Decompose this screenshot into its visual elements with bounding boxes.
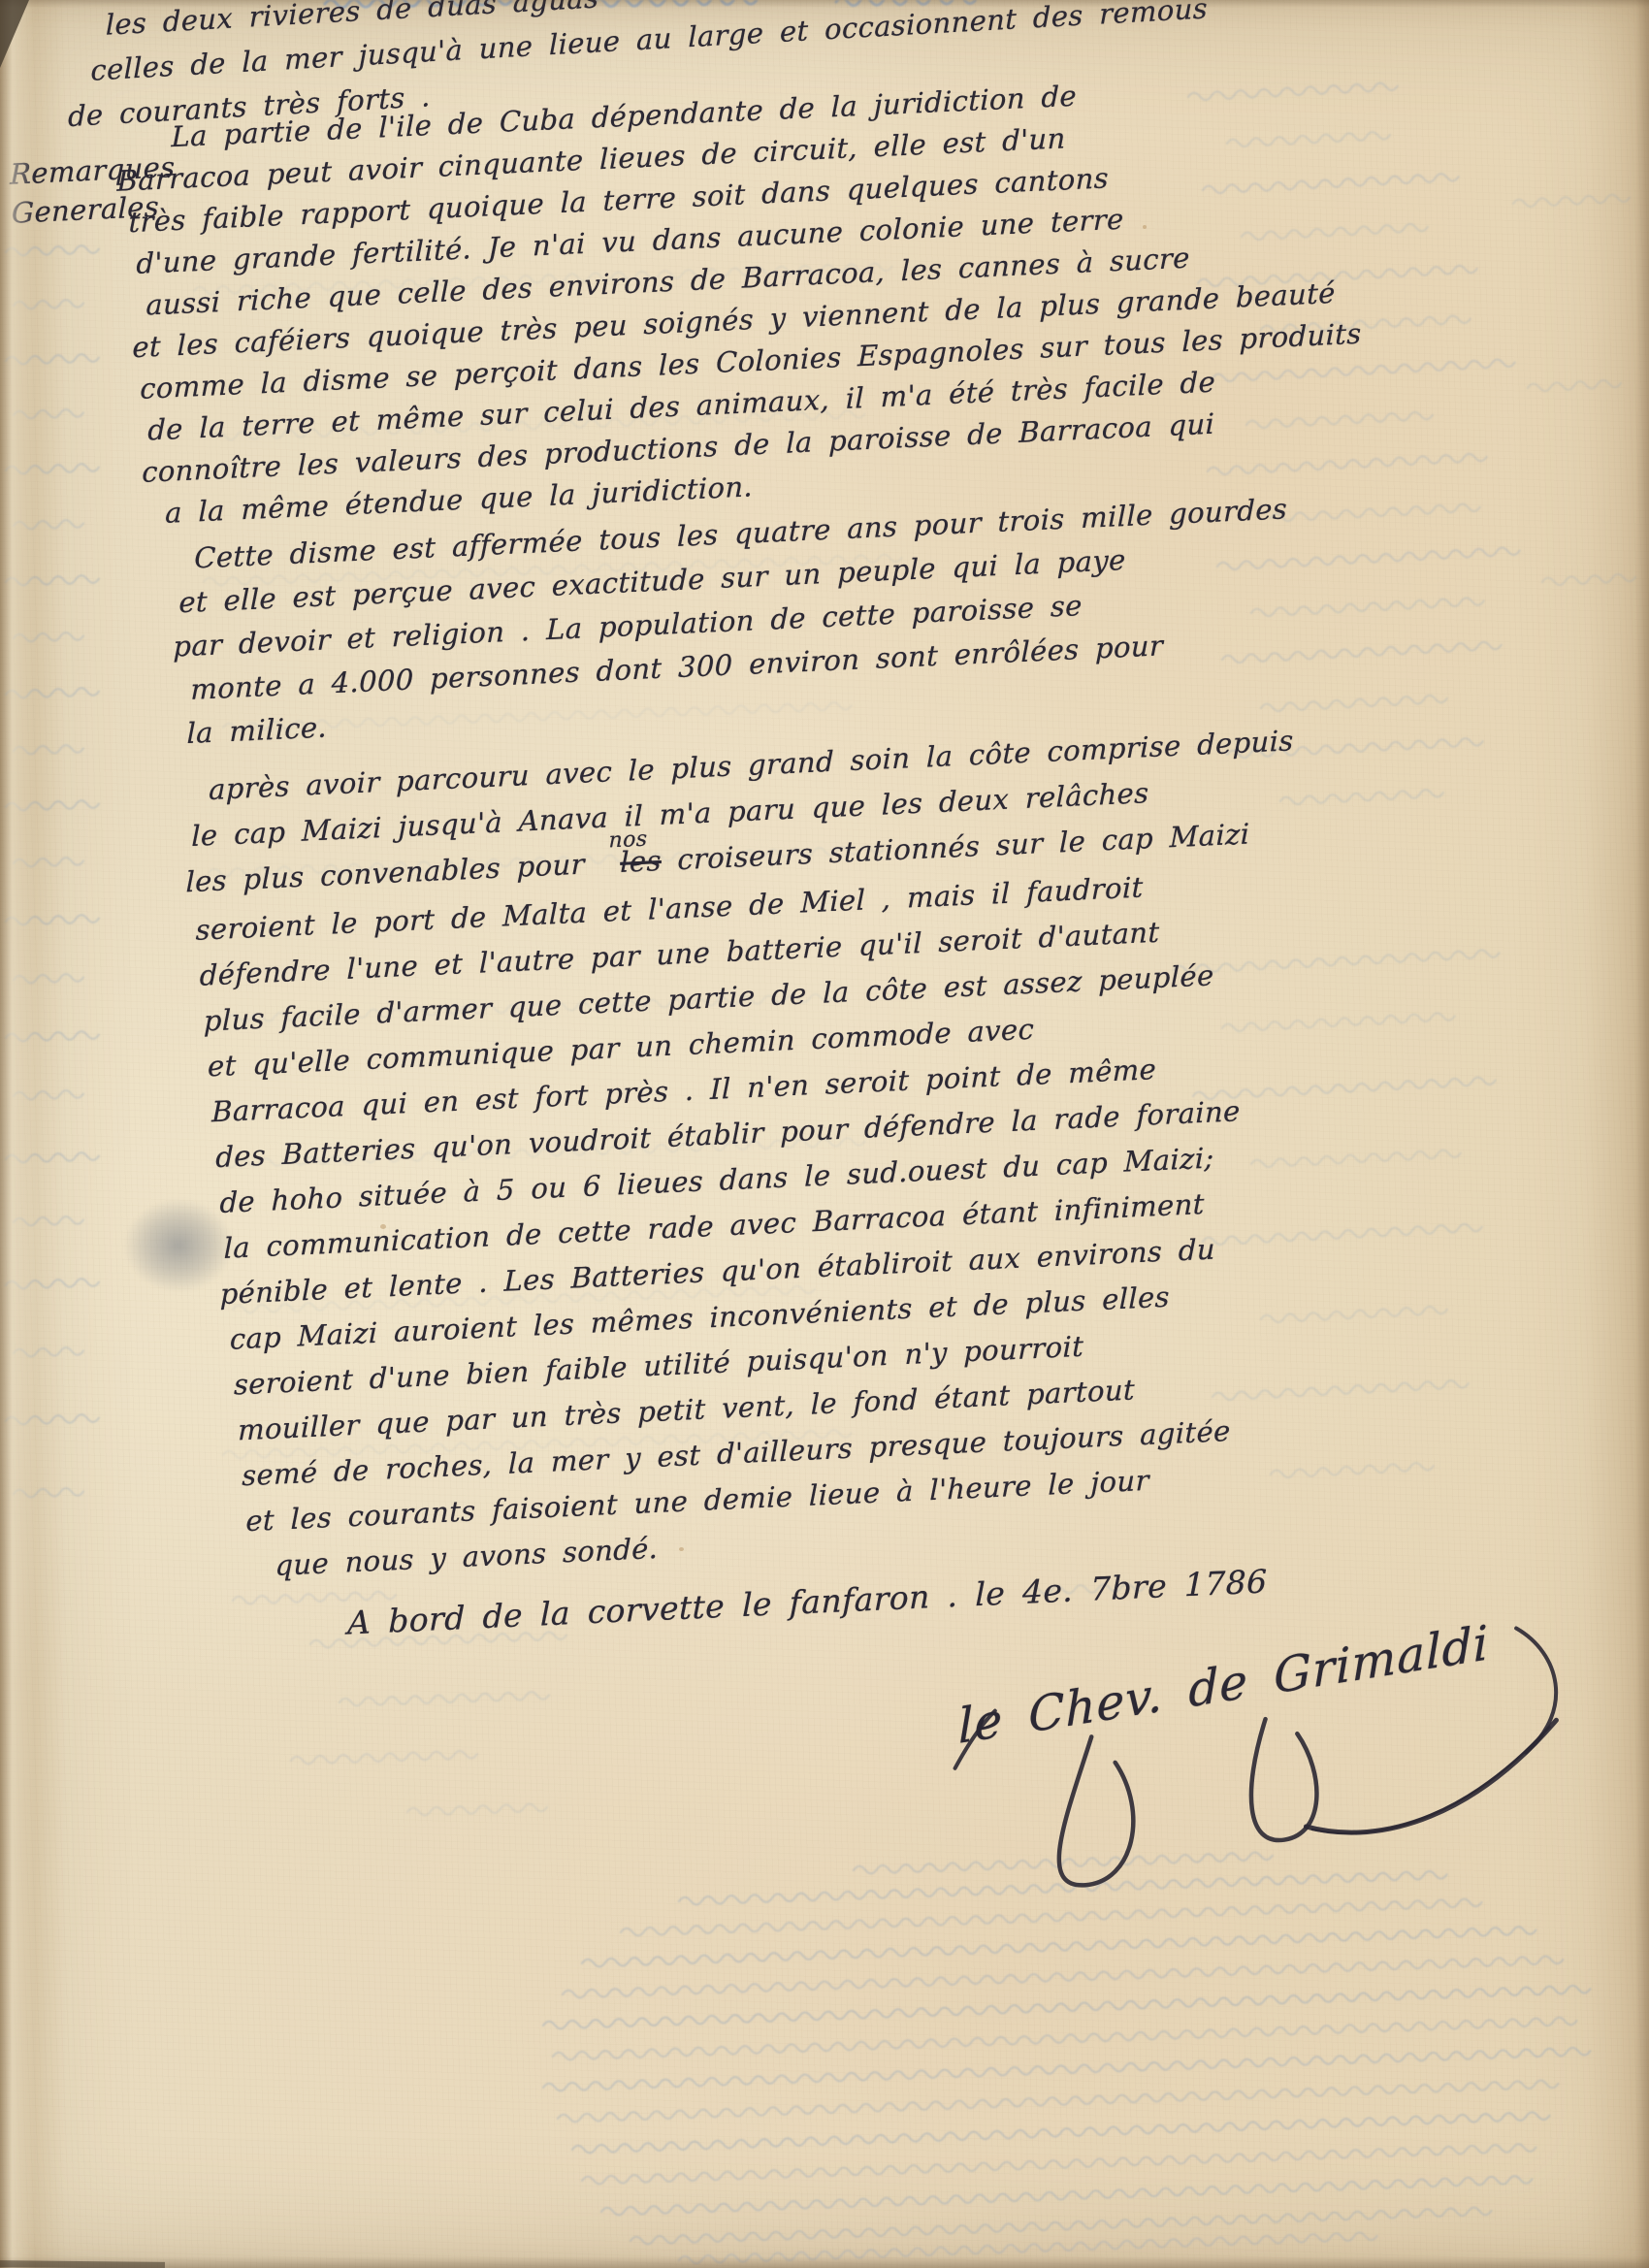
manuscript-page: Remarques Generales les deux rivieres de… (0, 0, 1649, 2268)
page-edge-left (0, 0, 35, 2268)
paragraph-3: après avoir parcouru avec le plus grand … (180, 718, 1330, 1591)
paragraph-2: Cette disme est affermée tous les quatre… (168, 487, 1296, 756)
paragraph-1: La partie de l'ile de Cuba dépendante de… (114, 63, 1369, 535)
page-edge-right (1635, 0, 1649, 2268)
manuscript-content: Remarques Generales les deux rivieres de… (0, 0, 1649, 2266)
page-edge-bottom (0, 2256, 1649, 2268)
page-edge-top (0, 0, 1649, 8)
page-corner-bottom-dark (0, 2260, 165, 2268)
inserted-word: nos (608, 817, 647, 864)
